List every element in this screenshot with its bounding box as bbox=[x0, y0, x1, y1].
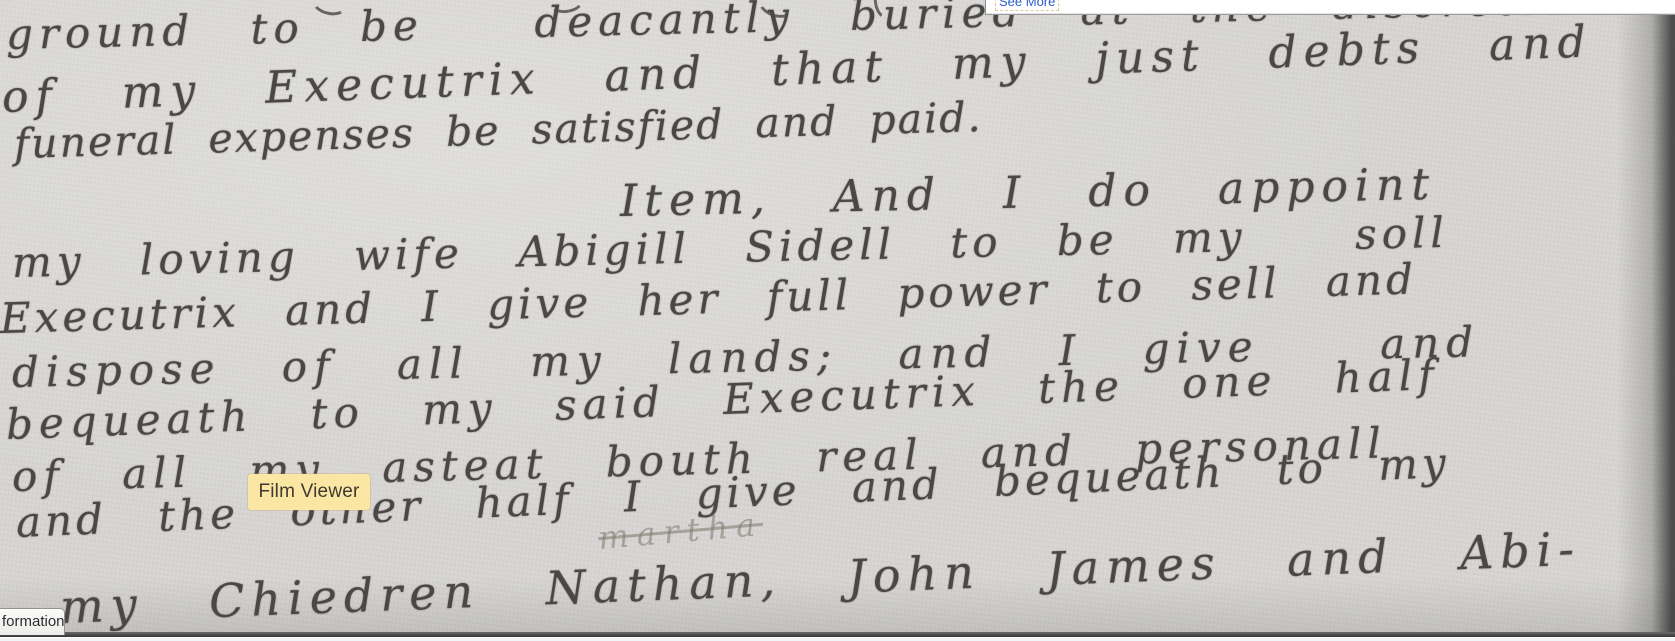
tab-information-label: formation bbox=[2, 613, 65, 630]
handwriting-line: of all my asteat bouth real and personal… bbox=[11, 418, 1387, 501]
details-panel-edge: See More bbox=[985, 0, 1675, 15]
ink-fragment bbox=[755, 0, 797, 22]
tab-information[interactable]: formation bbox=[0, 608, 65, 635]
window-bottom-strip bbox=[0, 637, 1675, 641]
handwriting-line: of my Executrix and that my just debts a… bbox=[1, 16, 1593, 123]
handwriting-line: and the other half I give and bequeath t… bbox=[15, 438, 1451, 547]
handwriting-line: my loving wife Abigill Sidell to be my s… bbox=[11, 208, 1449, 287]
pencil-annotation: martha bbox=[597, 505, 765, 557]
handwriting-line: bequeath to my said Executrix the one ha… bbox=[5, 350, 1440, 449]
ink-fragment bbox=[871, 0, 901, 22]
film-viewer-tooltip: Film Viewer bbox=[248, 474, 370, 510]
handwriting-line: funeral expenses be satisfied and paid. bbox=[13, 93, 983, 168]
handwriting-line: Item, And I do appoint bbox=[619, 159, 1436, 227]
ink-fragment bbox=[547, 0, 586, 15]
handwriting-line: dispose of all my lands; and I give and bbox=[11, 317, 1480, 397]
see-more-link[interactable]: See More bbox=[995, 0, 1059, 11]
document-scan-canvas[interactable]: ground to be deacantly buried at the dis… bbox=[0, 0, 1675, 641]
film-viewer-window: ground to be deacantly buried at the dis… bbox=[0, 0, 1675, 641]
handwriting-line: my Chiedren Nathan, John James and Abi- bbox=[59, 522, 1582, 634]
ink-fragment bbox=[310, 0, 350, 18]
handwriting-line: Executrix and I give her full power to s… bbox=[0, 254, 1418, 343]
